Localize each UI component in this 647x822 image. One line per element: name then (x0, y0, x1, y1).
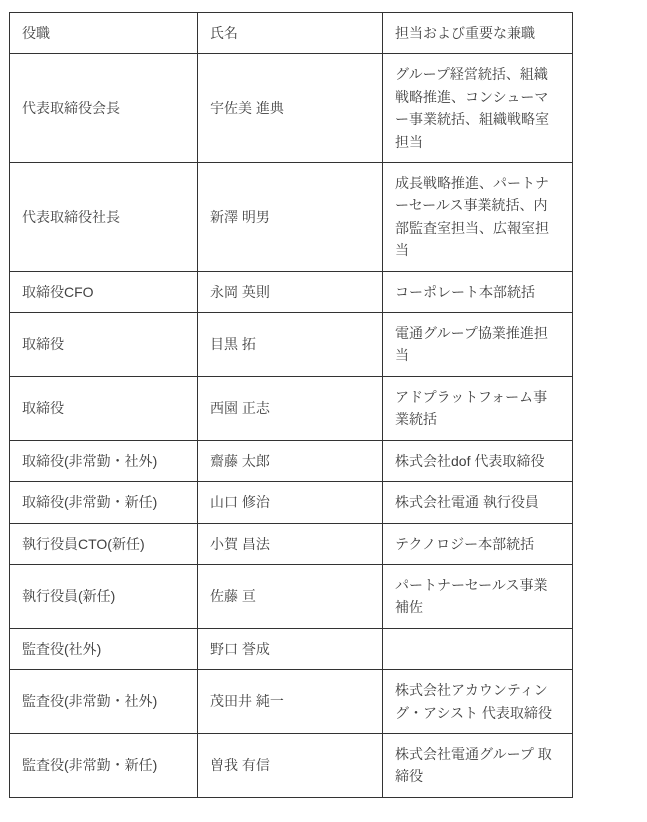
duties-cell: 株式会社dof 代表取締役 (383, 440, 573, 481)
header-row: 役職 氏名 担当および重要な兼職 (10, 13, 573, 54)
position-cell: 代表取締役会長 (10, 54, 198, 163)
table-row: 執行役員(新任) 佐藤 亘 パートナーセールス事業補佐 (10, 564, 573, 628)
position-cell: 執行役員(新任) (10, 564, 198, 628)
duties-cell: グループ経営統括、組織戦略推進、コンシューマー事業統括、組織戦略室担当 (383, 54, 573, 163)
duties-cell: 成長戦略推進、パートナーセールス事業統括、内部監査室担当、広報室担当 (383, 163, 573, 272)
header-position: 役職 (10, 13, 198, 54)
name-cell: 山口 修治 (198, 482, 383, 523)
position-cell: 取締役(非常勤・新任) (10, 482, 198, 523)
name-cell: 新澤 明男 (198, 163, 383, 272)
position-cell: 監査役(非常勤・社外) (10, 670, 198, 734)
name-cell: 小賀 昌法 (198, 523, 383, 564)
position-cell: 監査役(非常勤・新任) (10, 733, 198, 797)
position-cell: 取締役(非常勤・社外) (10, 440, 198, 481)
position-cell: 監査役(社外) (10, 628, 198, 669)
duties-cell: コーポレート本部統括 (383, 271, 573, 312)
page: 役職 氏名 担当および重要な兼職 代表取締役会長 宇佐美 進典 グループ経営統括… (0, 0, 647, 822)
table-row: 取締役(非常勤・社外) 齋藤 太郎 株式会社dof 代表取締役 (10, 440, 573, 481)
duties-cell: 株式会社アカウンティング・アシスト 代表取締役 (383, 670, 573, 734)
duties-cell: パートナーセールス事業補佐 (383, 564, 573, 628)
name-cell: 宇佐美 進典 (198, 54, 383, 163)
table-row: 代表取締役会長 宇佐美 進典 グループ経営統括、組織戦略推進、コンシューマー事業… (10, 54, 573, 163)
name-cell: 佐藤 亘 (198, 564, 383, 628)
name-cell: 目黒 拓 (198, 313, 383, 377)
duties-cell: アドプラットフォーム事業統括 (383, 376, 573, 440)
name-cell: 茂田井 純一 (198, 670, 383, 734)
position-cell: 取締役 (10, 376, 198, 440)
duties-cell: 電通グループ協業推進担当 (383, 313, 573, 377)
position-cell: 取締役CFO (10, 271, 198, 312)
table-row: 代表取締役社長 新澤 明男 成長戦略推進、パートナーセールス事業統括、内部監査室… (10, 163, 573, 272)
table-row: 執行役員CTO(新任) 小賀 昌法 テクノロジー本部統括 (10, 523, 573, 564)
name-cell: 野口 誉成 (198, 628, 383, 669)
table-row: 取締役(非常勤・新任) 山口 修治 株式会社電通 執行役員 (10, 482, 573, 523)
executives-table: 役職 氏名 担当および重要な兼職 代表取締役会長 宇佐美 進典 グループ経営統括… (9, 12, 573, 798)
position-cell: 代表取締役社長 (10, 163, 198, 272)
name-cell: 永岡 英則 (198, 271, 383, 312)
duties-cell: テクノロジー本部統括 (383, 523, 573, 564)
table-row: 監査役(社外) 野口 誉成 (10, 628, 573, 669)
header-duties: 担当および重要な兼職 (383, 13, 573, 54)
duties-cell (383, 628, 573, 669)
position-cell: 執行役員CTO(新任) (10, 523, 198, 564)
table-row: 監査役(非常勤・社外) 茂田井 純一 株式会社アカウンティング・アシスト 代表取… (10, 670, 573, 734)
table-row: 取締役 西園 正志 アドプラットフォーム事業統括 (10, 376, 573, 440)
table-row: 取締役CFO 永岡 英則 コーポレート本部統括 (10, 271, 573, 312)
name-cell: 曽我 有信 (198, 733, 383, 797)
name-cell: 齋藤 太郎 (198, 440, 383, 481)
duties-cell: 株式会社電通グループ 取締役 (383, 733, 573, 797)
name-cell: 西園 正志 (198, 376, 383, 440)
position-cell: 取締役 (10, 313, 198, 377)
table-row: 監査役(非常勤・新任) 曽我 有信 株式会社電通グループ 取締役 (10, 733, 573, 797)
header-name: 氏名 (198, 13, 383, 54)
table-row: 取締役 目黒 拓 電通グループ協業推進担当 (10, 313, 573, 377)
duties-cell: 株式会社電通 執行役員 (383, 482, 573, 523)
